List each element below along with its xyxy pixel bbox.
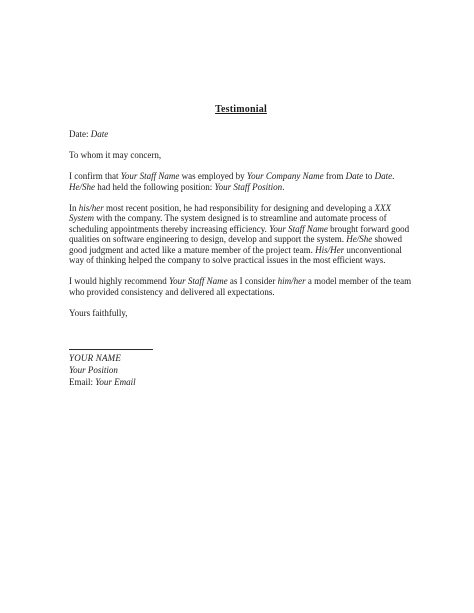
- date-line: Date: Date: [69, 129, 413, 140]
- paragraph-recommendation: I would highly recommend Your Staff Name…: [69, 276, 413, 297]
- signature-block: YOUR NAME Your Position Email: Your Emai…: [69, 349, 413, 388]
- signature-position: Your Position: [69, 364, 413, 376]
- paragraph-role-description: In his/her most recent position, he had …: [69, 203, 413, 266]
- letter-title: Testimonial: [69, 104, 413, 116]
- salutation: To whom it may concern,: [69, 150, 413, 161]
- document-page: Testimonial Date: Date To whom it may co…: [0, 0, 474, 613]
- signature-email-line: Email: Your Email: [69, 376, 413, 388]
- signature-name: YOUR NAME: [69, 352, 413, 364]
- closing-valediction: Yours faithfully,: [69, 308, 413, 319]
- letter-content: Testimonial Date: Date To whom it may co…: [69, 104, 413, 388]
- signature-rule-line: [69, 349, 153, 350]
- paragraph-employment-confirmation: I confirm that Your Staff Name was emplo…: [69, 171, 413, 192]
